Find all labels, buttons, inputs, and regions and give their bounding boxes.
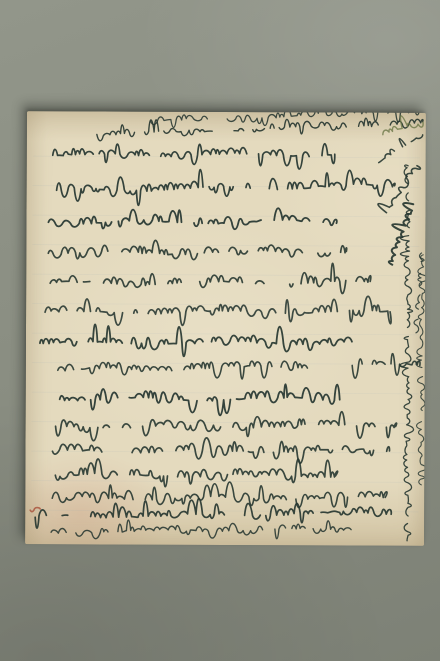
handwriting-line-4 — [48, 240, 346, 260]
transcription: (two crammed, overlapping lines added al… — [0, 0, 1, 1]
scene-description: Photograph of a small aged sheet of fain… — [0, 0, 1, 1]
ruled-line — [32, 245, 419, 247]
ruled-line — [32, 392, 419, 394]
handwriting-line-8 — [58, 354, 420, 380]
ruled-line — [32, 422, 419, 424]
ruled-line — [31, 451, 418, 453]
handwriting-line-6 — [45, 295, 391, 326]
handwriting-line-13 — [52, 481, 387, 508]
handwriting-line-11 — [52, 437, 389, 464]
margin-note-text: (vertical note running up the right marg… — [0, 0, 1, 1]
ruled-line — [32, 215, 419, 217]
handwriting-margin-vertical-2 — [415, 255, 426, 485]
handwriting-line-15 — [51, 519, 351, 540]
handwriting-svg — [25, 111, 426, 546]
handwriting-line-1 — [53, 142, 335, 169]
handwriting-red-pencil-mark — [30, 507, 40, 512]
handwriting-margin-vertical-1 — [399, 165, 415, 541]
handwriting-line-9 — [60, 383, 340, 416]
handwriting-line-12 — [55, 458, 337, 487]
handwriting-line-5 — [50, 262, 371, 294]
ruled-line — [32, 333, 419, 335]
photo-background: Photograph of a small aged sheet of fain… — [0, 0, 440, 661]
paper-sheet — [25, 111, 426, 546]
handwriting-line-3 — [48, 207, 336, 229]
transcription-line: (two crammed, overlapping lines added al… — [0, 0, 1, 1]
ruled-line — [33, 156, 420, 158]
handwriting-line-7 — [40, 324, 352, 357]
handwriting-line-10 — [56, 410, 397, 442]
ruled-line — [32, 274, 419, 276]
ruled-line — [31, 510, 418, 512]
handwriting-line-14 — [35, 498, 391, 528]
